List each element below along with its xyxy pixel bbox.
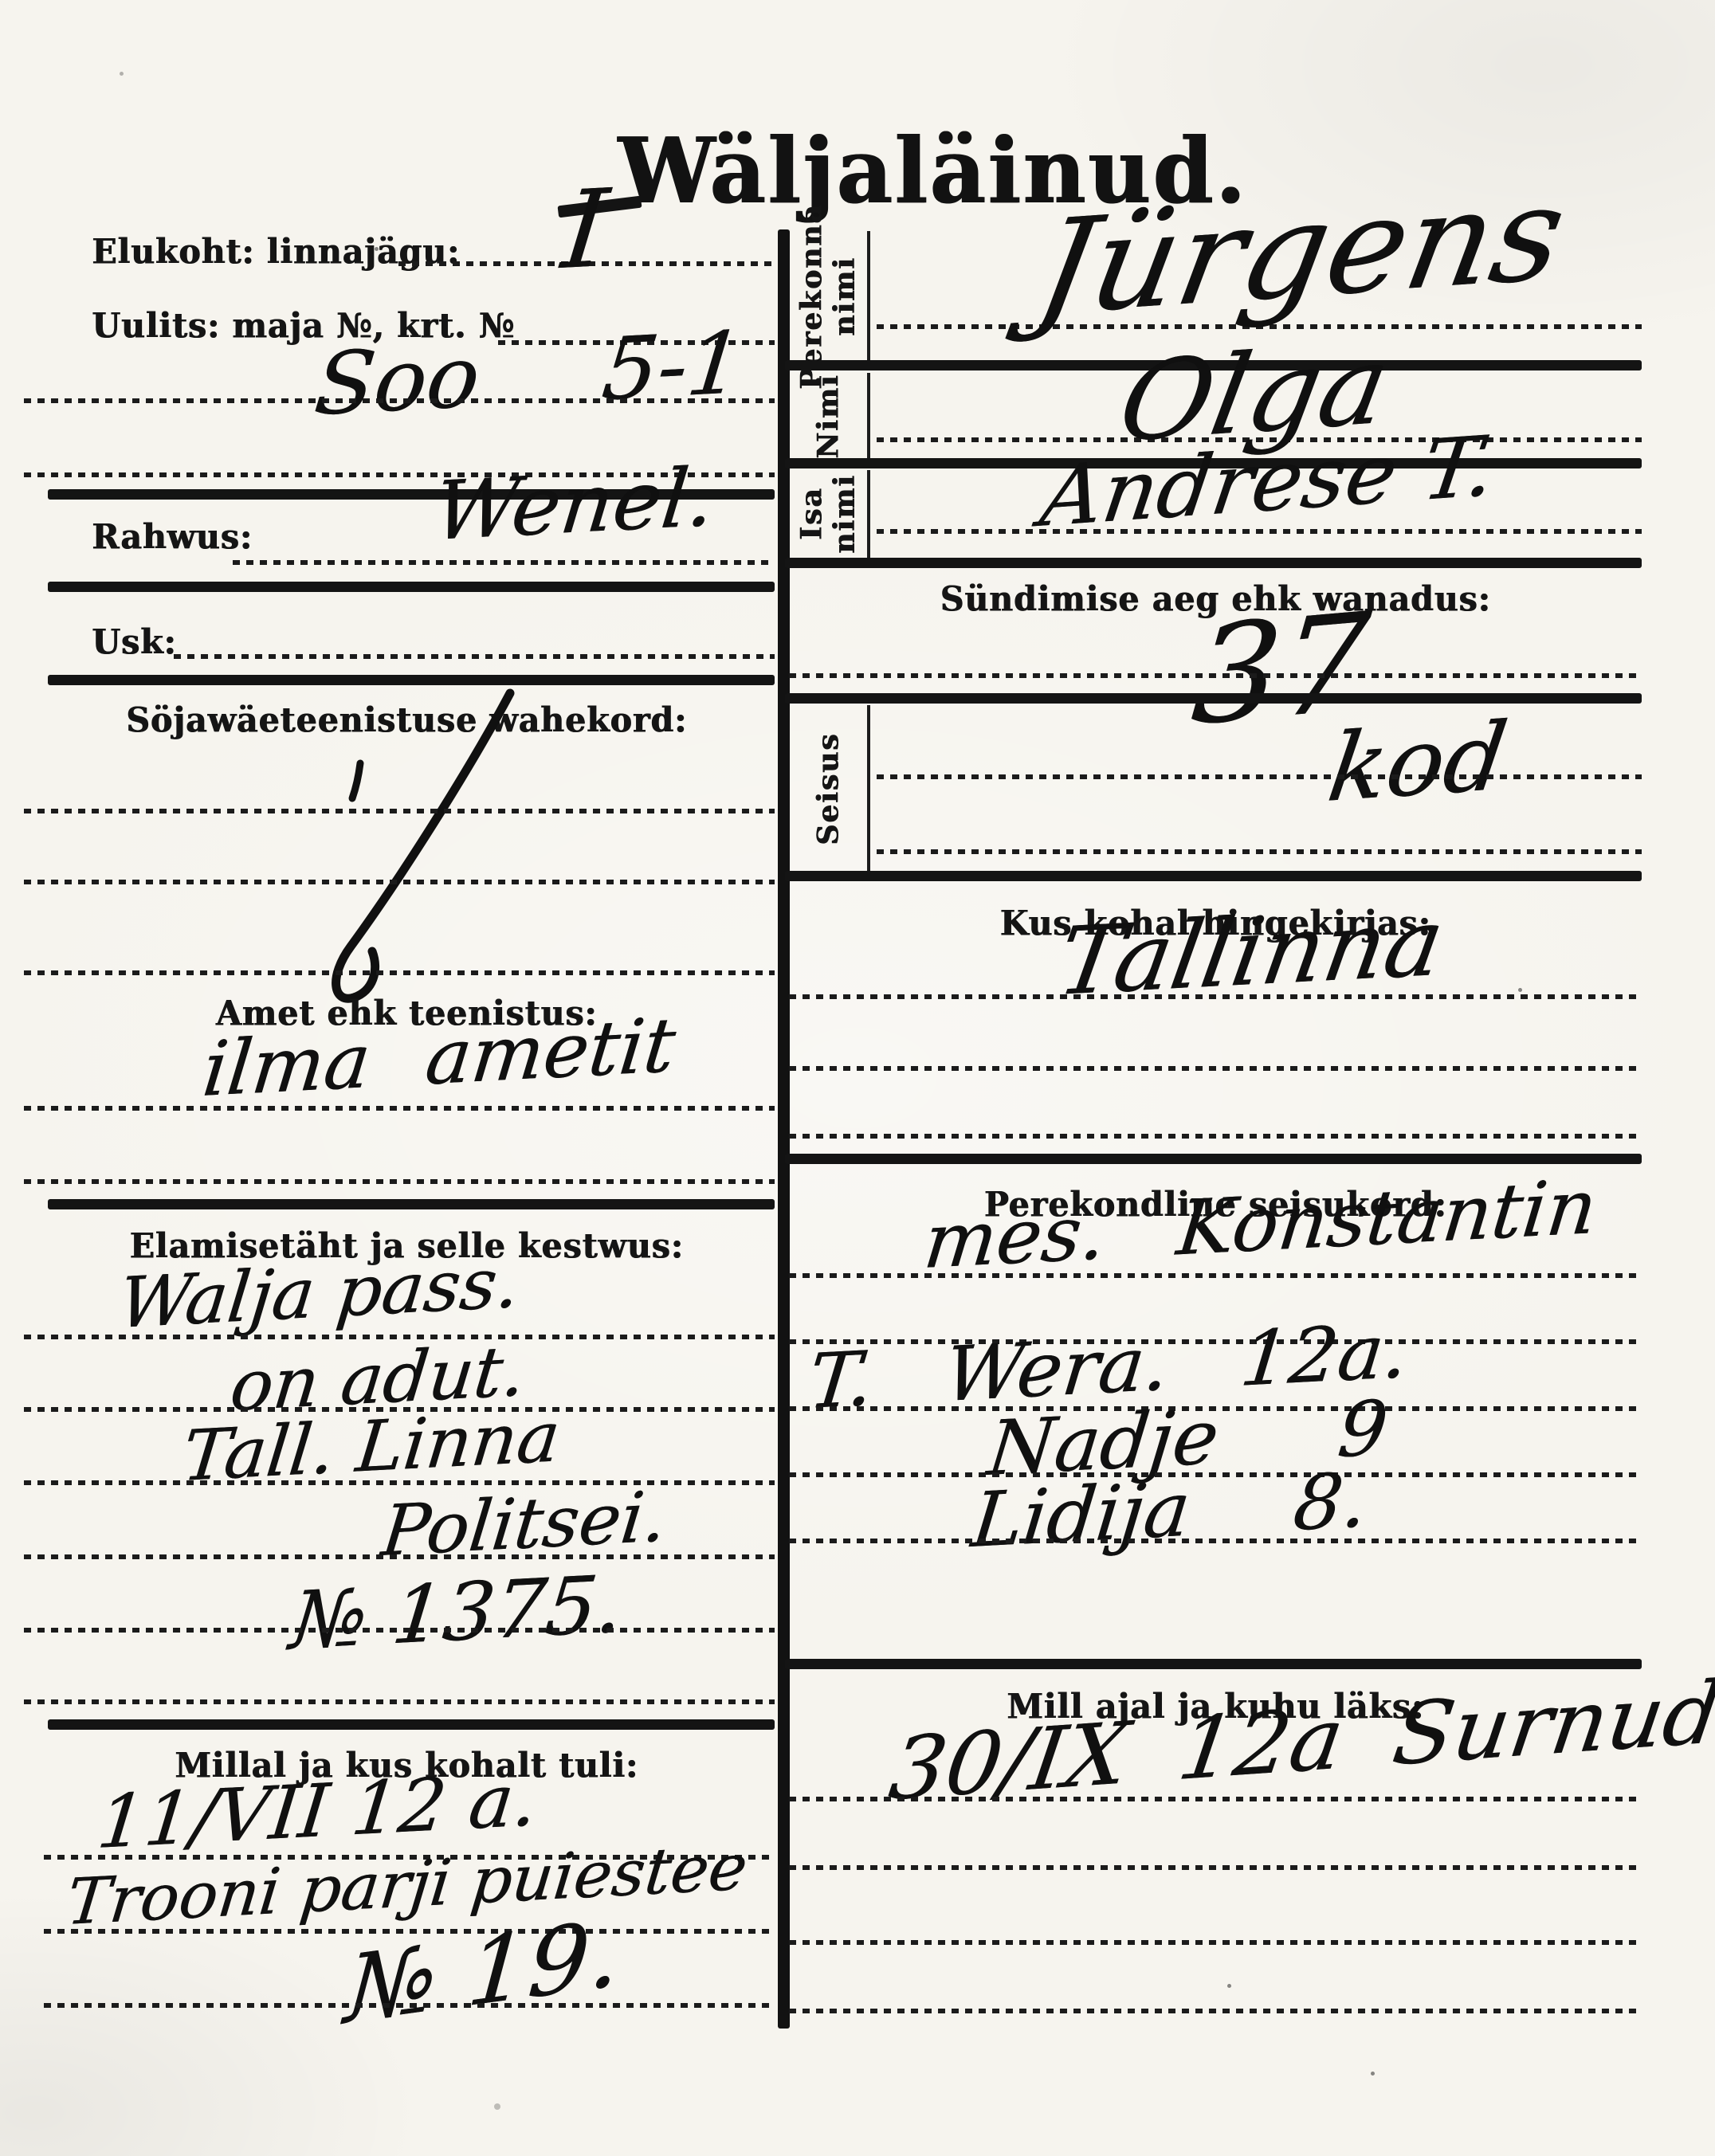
row-rule bbox=[785, 871, 1642, 881]
blank-line bbox=[789, 1066, 1642, 1071]
residence-permit-line: Tall. Linna bbox=[179, 1402, 563, 1492]
paper-speckle bbox=[1371, 2072, 1375, 2076]
label-cell-rule bbox=[867, 231, 870, 363]
label-cell-rule bbox=[867, 470, 870, 558]
ruled-line bbox=[789, 1940, 1642, 1945]
status-line bbox=[877, 849, 1642, 854]
scanned-registration-card: Wäljaläinud. Elukoht: linnajägu: I Uulit… bbox=[0, 0, 1715, 2156]
occupation-value: ilma ametit bbox=[199, 1008, 678, 1108]
ruled-line bbox=[44, 2003, 775, 2008]
blank-line bbox=[789, 994, 1642, 999]
blank-line bbox=[24, 880, 775, 884]
religion-line bbox=[174, 654, 775, 659]
military-checkmark-stroke bbox=[271, 684, 526, 1018]
center-divider-line bbox=[778, 229, 790, 2029]
residence-permit-line: № 1375. bbox=[287, 1565, 626, 1661]
nationality-label: Rahwus: bbox=[92, 517, 253, 557]
blank-line bbox=[24, 398, 775, 403]
ruled-line bbox=[24, 1699, 775, 1704]
residence-value: I bbox=[558, 174, 612, 284]
ruled-line bbox=[789, 2009, 1642, 2013]
paper-speckle bbox=[494, 2103, 500, 2110]
first-name-side-label: Nimi bbox=[791, 374, 867, 458]
status-line bbox=[877, 774, 1642, 779]
blank-line bbox=[24, 1179, 775, 1184]
status-value: kod bbox=[1323, 709, 1513, 815]
residence-permit-line: Walja pass. bbox=[116, 1248, 523, 1339]
paper-speckle bbox=[375, 247, 379, 251]
family-name-value: Jürgens bbox=[1028, 167, 1574, 335]
label-cell-rule bbox=[867, 705, 870, 871]
paper-speckle bbox=[781, 1928, 789, 1936]
nationality-line bbox=[233, 560, 775, 565]
section-rule bbox=[48, 1199, 775, 1209]
section-rule bbox=[48, 1719, 775, 1730]
label-cell-rule bbox=[867, 373, 870, 459]
street-value: Soo 5-1 bbox=[311, 320, 747, 429]
blank-line bbox=[789, 1134, 1642, 1139]
ruled-line bbox=[24, 1628, 775, 1633]
father-name-side-label: Isa nimi bbox=[791, 472, 867, 556]
ruled-line bbox=[789, 1865, 1642, 1870]
family-name-side-label: Perekonna nimi bbox=[791, 233, 867, 360]
blank-line bbox=[24, 1106, 775, 1111]
arrival-line: № 19. bbox=[343, 1906, 623, 2036]
religion-label: Usk: bbox=[92, 622, 176, 662]
blank-line bbox=[24, 970, 775, 975]
row-rule bbox=[785, 1154, 1642, 1164]
ruled-line bbox=[789, 1273, 1642, 1278]
paper-speckle bbox=[120, 72, 124, 76]
row-rule bbox=[785, 558, 1642, 568]
nationality-value: Wenel. bbox=[430, 457, 718, 553]
birth-line bbox=[789, 673, 1642, 678]
ruled-line bbox=[789, 1797, 1642, 1801]
row-rule bbox=[785, 1659, 1642, 1669]
paper-speckle bbox=[1227, 1984, 1231, 1988]
ruled-line bbox=[24, 1554, 775, 1559]
paper-speckle bbox=[1518, 988, 1522, 992]
family-status-line: Lidija 8. bbox=[968, 1463, 1371, 1559]
ruled-line bbox=[789, 1539, 1642, 1543]
status-side-label: Seisus bbox=[791, 708, 867, 871]
blank-line bbox=[24, 809, 775, 813]
registration-value: Tallinna bbox=[1052, 895, 1450, 1009]
section-rule bbox=[48, 582, 775, 592]
